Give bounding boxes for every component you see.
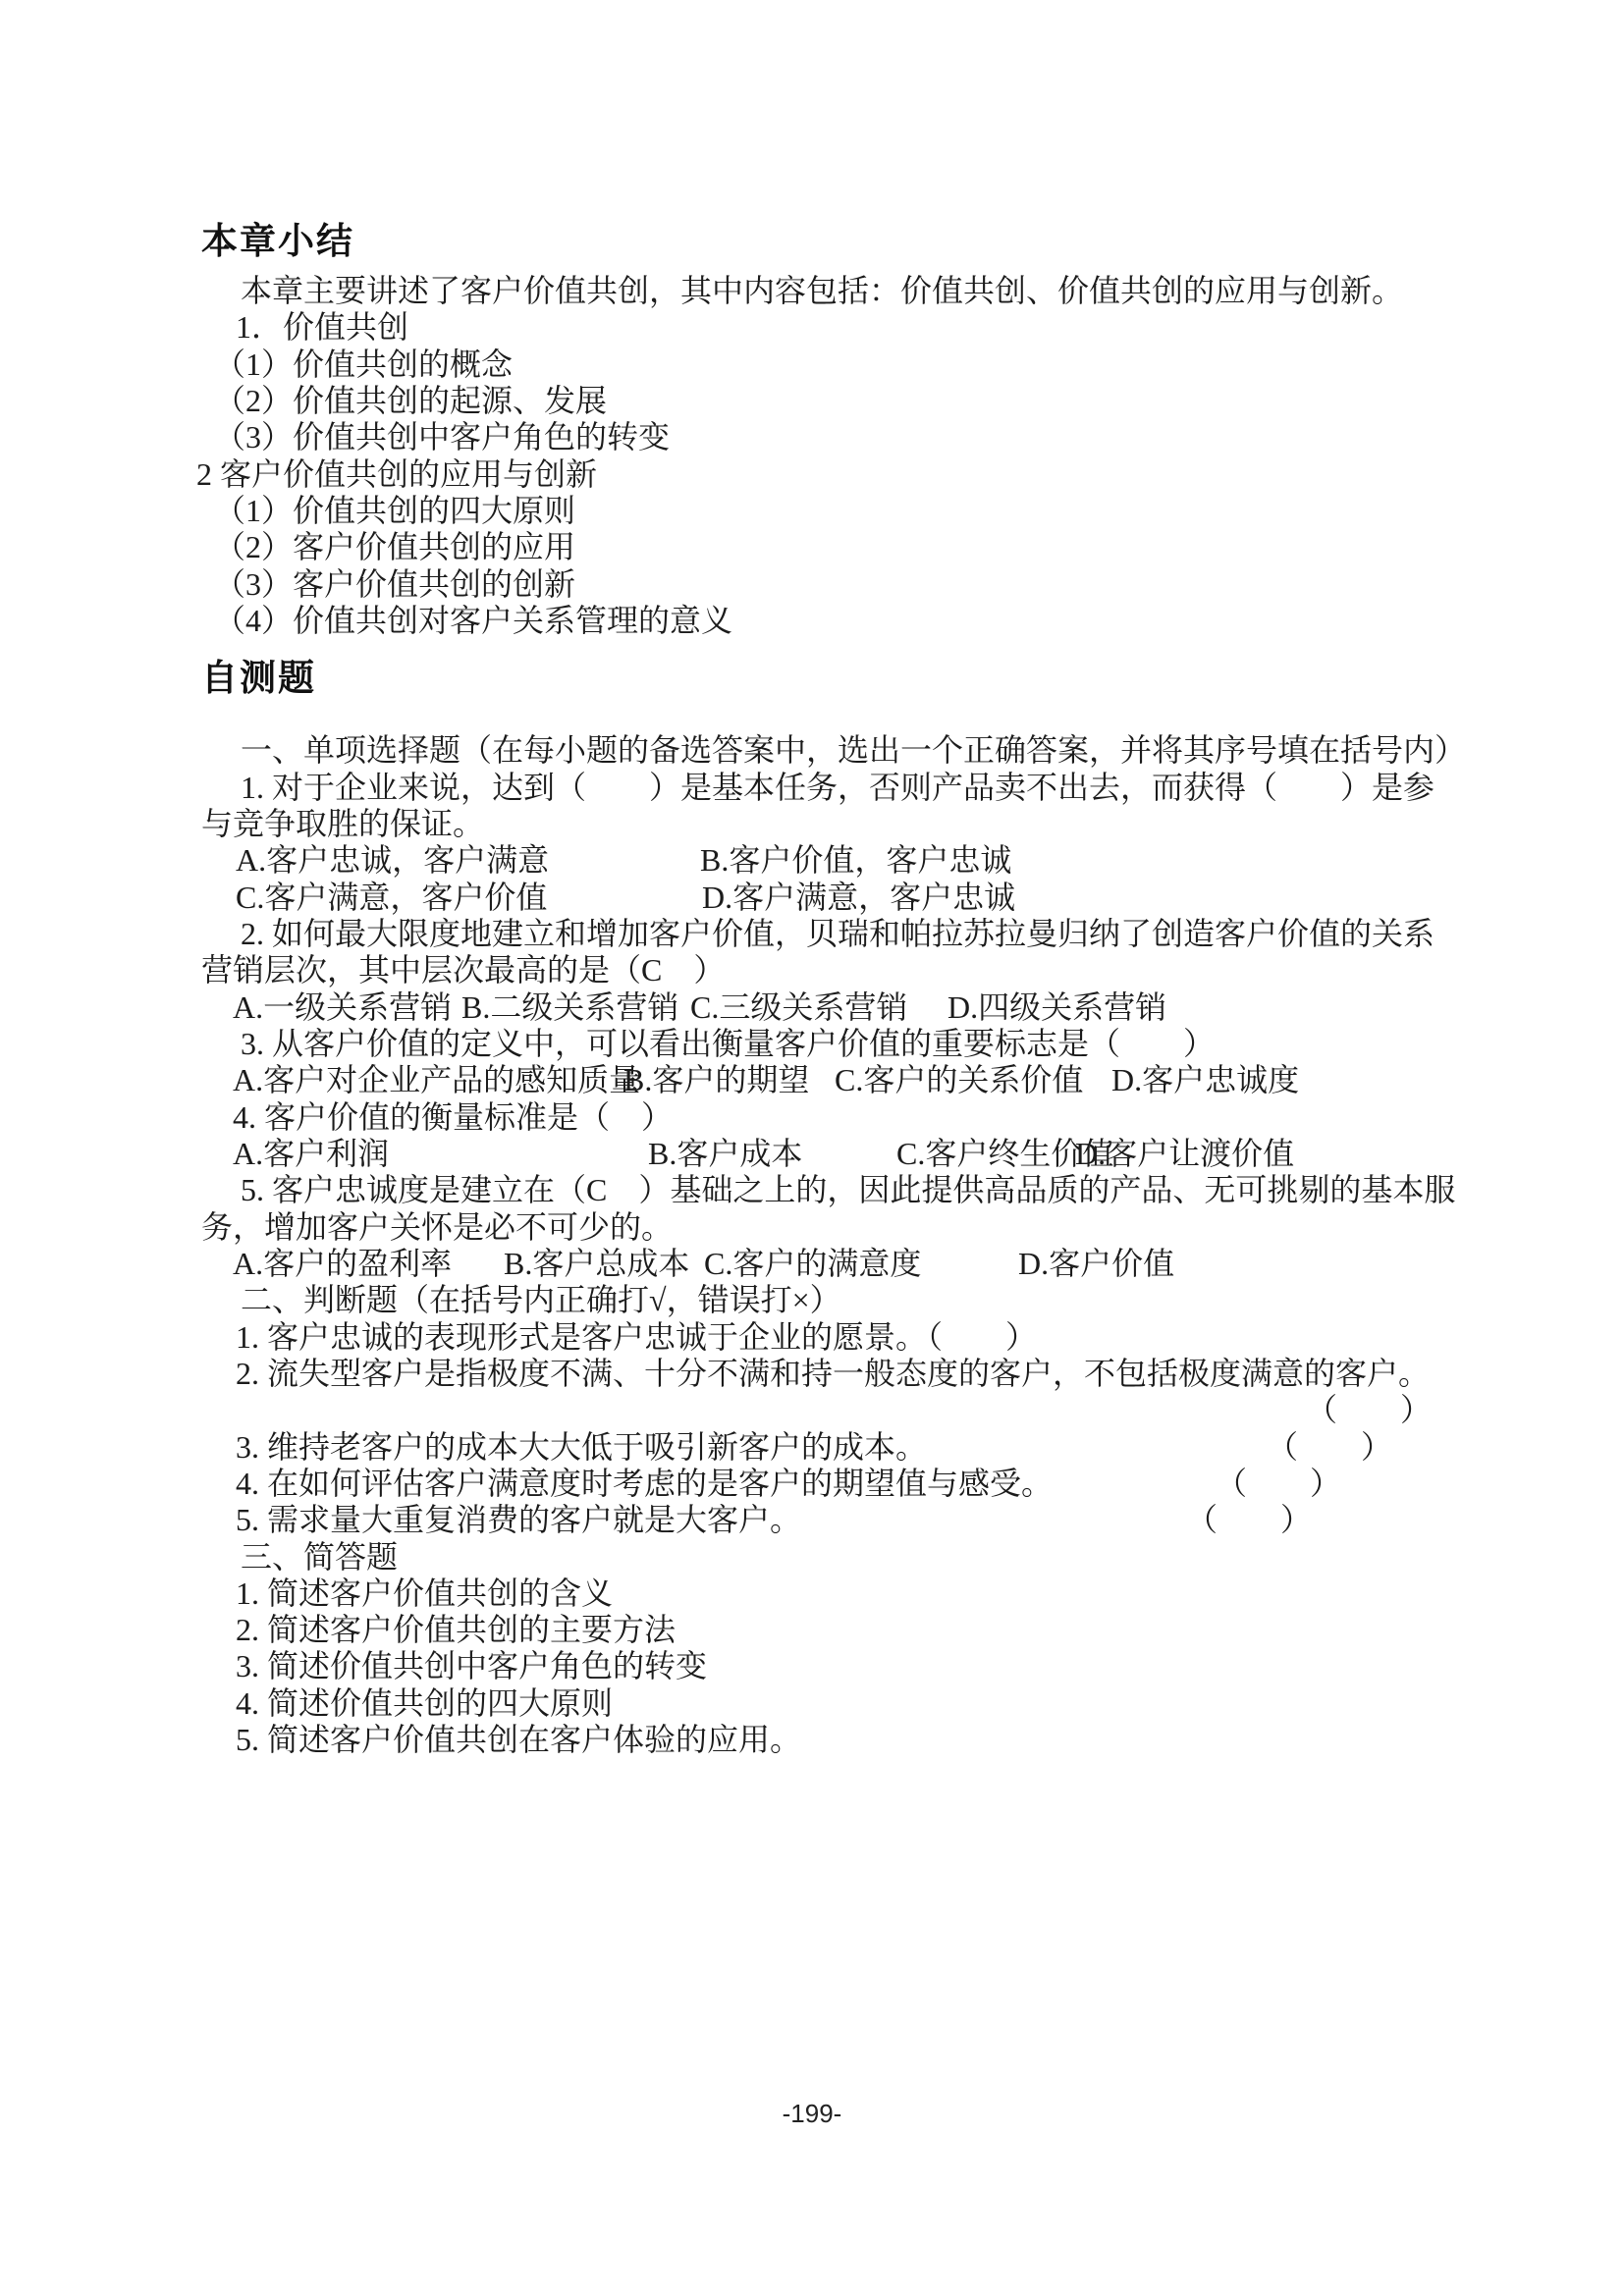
text-segment: （3）价值共创中客户角色的转变 (214, 419, 670, 455)
text-segment: A.客户对企业产品的感知质量 (233, 1062, 640, 1098)
text-line: 本章主要讲述了客户价值共创，其中内容包括：价值共创、价值共创的应用与创新。 (201, 273, 1468, 309)
text-segment: （2）客户价值共创的应用 (214, 529, 575, 565)
text-line: 2. 流失型客户是指极度不满、十分不满和持一般态度的客户，不包括极度满意的客户。 (201, 1356, 1468, 1392)
self-test-heading: 自测题 (201, 655, 1468, 702)
text-segment: A.客户的盈利率 (233, 1246, 452, 1282)
text-line: 2. 如何最大限度地建立和增加客户价值，贝瑞和帕拉苏拉曼归纳了创造客户价值的关系 (201, 916, 1468, 952)
text-segment: D.客户忠诚度 (1111, 1062, 1299, 1098)
text-line: （ ） (201, 1392, 1468, 1428)
text-segment: 3. 从客户价值的定义中，可以看出衡量客户价值的重要标志是（ ） (241, 1026, 1215, 1062)
text-segment: （1）价值共创的四大原则 (214, 493, 575, 529)
page-number: -199- (0, 2099, 1624, 2129)
text-line: 3. 从客户价值的定义中，可以看出衡量客户价值的重要标志是（ ） (201, 1026, 1468, 1062)
text-segment: C.客户满意，客户价值 (236, 880, 547, 916)
text-segment: 二、判断题（在括号内正确打√，错误打×） (241, 1282, 841, 1318)
text-segment: 3. 简述价值共创中客户角色的转变 (236, 1648, 707, 1684)
text-segment: （ ） (1186, 1502, 1312, 1538)
text-line: 5. 需求量大重复消费的客户就是大客户。（ ） (201, 1502, 1468, 1538)
text-line: 1．价值共创 (201, 309, 1468, 346)
text-line: 营销层次，其中层次最高的是（C ） (201, 952, 1468, 988)
text-segment: D.四级关系营销 (947, 989, 1166, 1026)
text-segment: B.客户价值，客户忠诚 (700, 842, 1011, 879)
text-line: （1）价值共创的四大原则 (201, 493, 1468, 529)
self-test-body: 一、单项选择题（在每小题的备选答案中，选出一个正确答案，并将其序号填在括号内）1… (201, 732, 1468, 1758)
text-segment: 三、简答题 (241, 1539, 398, 1575)
text-segment: 1. 对于企业来说，达到（ ）是基本任务，否则产品卖不出去，而获得（ ）是参 (241, 770, 1435, 806)
text-line: A.客户的盈利率B.客户总成本C.客户的满意度D.客户价值 (201, 1246, 1468, 1282)
text-line: 5. 简述客户价值共创在客户体验的应用。 (201, 1722, 1468, 1758)
text-line: 5. 客户忠诚度是建立在（C ）基础之上的，因此提供高品质的产品、无可挑剔的基本… (201, 1172, 1468, 1208)
text-segment: B.二级关系营销 (461, 989, 678, 1026)
text-segment: 务，增加客户关怀是必不可少的。 (201, 1209, 673, 1246)
text-segment: 2. 如何最大限度地建立和增加客户价值，贝瑞和帕拉苏拉曼归纳了创造客户价值的关系 (241, 916, 1435, 952)
text-segment: 5. 客户忠诚度是建立在（C ）基础之上的，因此提供高品质的产品、无可挑剔的基本… (241, 1172, 1455, 1208)
text-line: （2）客户价值共创的应用 (201, 529, 1468, 565)
chapter-summary-heading: 本章小结 (201, 218, 1468, 265)
text-segment: D.客户价值 (1018, 1246, 1174, 1282)
text-segment: 4. 客户价值的衡量标准是（ ） (233, 1099, 673, 1136)
text-line: 1. 客户忠诚的表现形式是客户忠诚于企业的愿景。（ ） (201, 1319, 1468, 1356)
text-line: C.客户满意，客户价值D.客户满意，客户忠诚 (201, 880, 1468, 916)
text-segment: 2. 流失型客户是指极度不满、十分不满和持一般态度的客户，不包括极度满意的客户。 (236, 1356, 1430, 1392)
text-segment: C.客户的满意度 (704, 1246, 921, 1282)
text-segment: 营销层次，其中层次最高的是（C ） (201, 952, 725, 988)
text-segment: 5. 简述客户价值共创在客户体验的应用。 (236, 1722, 801, 1758)
text-line: 与竞争取胜的保证。 (201, 806, 1468, 842)
text-segment: 1．价值共创 (236, 309, 408, 346)
text-line: 二、判断题（在括号内正确打√，错误打×） (201, 1282, 1468, 1318)
text-segment: A.客户忠诚，客户满意 (236, 842, 549, 879)
text-line: （3）客户价值共创的创新 (201, 566, 1468, 603)
text-segment: C.客户的关系价值 (835, 1062, 1083, 1098)
text-line: A.一级关系营销B.二级关系营销C.三级关系营销D.四级关系营销 (201, 989, 1468, 1026)
text-line: 务，增加客户关怀是必不可少的。 (201, 1209, 1468, 1246)
text-segment: D.客户让渡价值 (1075, 1136, 1294, 1172)
text-segment: （4）价值共创对客户关系管理的意义 (214, 603, 732, 639)
text-segment: 与竞争取胜的保证。 (201, 806, 484, 842)
text-segment: B.客户成本 (648, 1136, 802, 1172)
document-page: 本章小结 本章主要讲述了客户价值共创，其中内容包括：价值共创、价值共创的应用与创… (0, 0, 1624, 2296)
text-line: 4. 简述价值共创的四大原则 (201, 1685, 1468, 1722)
text-line: 2 客户价值共创的应用与创新 (201, 456, 1468, 493)
text-segment: A.客户利润 (233, 1136, 389, 1172)
text-line: （1）价值共创的概念 (201, 347, 1468, 383)
text-line: A.客户对企业产品的感知质量B.客户的期望C.客户的关系价值D.客户忠诚度 (201, 1062, 1468, 1098)
page-content: 本章小结 本章主要讲述了客户价值共创，其中内容包括：价值共创、价值共创的应用与创… (201, 218, 1468, 1758)
text-segment: 2. 简述客户价值共创的主要方法 (236, 1612, 676, 1648)
text-line: （3）价值共创中客户角色的转变 (201, 419, 1468, 455)
chapter-summary-body: 本章主要讲述了客户价值共创，其中内容包括：价值共创、价值共创的应用与创新。1．价… (201, 273, 1468, 639)
text-segment: 2 客户价值共创的应用与创新 (196, 456, 597, 493)
text-line: （2）价值共创的起源、发展 (201, 383, 1468, 419)
text-line: 4. 在如何评估客户满意度时考虑的是客户的期望值与感受。（ ） (201, 1466, 1468, 1502)
text-segment: 3. 维持老客户的成本大大低于吸引新客户的成本。 (236, 1429, 927, 1466)
text-segment: C.三级关系营销 (690, 989, 907, 1026)
text-segment: （1）价值共创的概念 (214, 347, 513, 383)
text-segment: A.一级关系营销 (233, 989, 452, 1026)
text-line: 3. 维持老客户的成本大大低于吸引新客户的成本。（ ） (201, 1429, 1468, 1466)
text-line: 一、单项选择题（在每小题的备选答案中，选出一个正确答案，并将其序号填在括号内） (201, 732, 1468, 769)
text-segment: （ ） (1267, 1429, 1392, 1466)
text-segment: （2）价值共创的起源、发展 (214, 383, 607, 419)
text-line: A.客户忠诚，客户满意B.客户价值，客户忠诚 (201, 842, 1468, 879)
text-segment: 4. 在如何评估客户满意度时考虑的是客户的期望值与感受。 (236, 1466, 1053, 1502)
text-segment: B.客户总成本 (504, 1246, 689, 1282)
text-segment: 1. 客户忠诚的表现形式是客户忠诚于企业的愿景。（ ） (236, 1319, 1037, 1356)
text-line: 3. 简述价值共创中客户角色的转变 (201, 1648, 1468, 1684)
text-line: A.客户利润B.客户成本C.客户终生价值D.客户让渡价值 (201, 1136, 1468, 1172)
text-segment: 4. 简述价值共创的四大原则 (236, 1685, 613, 1722)
text-line: 4. 客户价值的衡量标准是（ ） (201, 1099, 1468, 1136)
text-line: 1. 简述客户价值共创的含义 (201, 1575, 1468, 1612)
text-segment: （3）客户价值共创的创新 (214, 566, 575, 603)
text-line: 1. 对于企业来说，达到（ ）是基本任务，否则产品卖不出去，而获得（ ）是参 (201, 770, 1468, 806)
text-segment: 一、单项选择题（在每小题的备选答案中，选出一个正确答案，并将其序号填在括号内） (241, 732, 1466, 769)
text-segment: 1. 简述客户价值共创的含义 (236, 1575, 613, 1612)
text-segment: D.客户满意，客户忠诚 (702, 880, 1015, 916)
text-segment: 本章主要讲述了客户价值共创，其中内容包括：价值共创、价值共创的应用与创新。 (241, 273, 1403, 309)
text-line: （4）价值共创对客户关系管理的意义 (201, 603, 1468, 639)
text-line: 2. 简述客户价值共创的主要方法 (201, 1612, 1468, 1648)
text-segment: 5. 需求量大重复消费的客户就是大客户。 (236, 1502, 801, 1538)
text-segment: （ ） (1306, 1392, 1432, 1428)
text-segment: B.客户的期望 (623, 1062, 809, 1098)
text-segment: （ ） (1216, 1466, 1341, 1502)
text-line: 三、简答题 (201, 1539, 1468, 1575)
